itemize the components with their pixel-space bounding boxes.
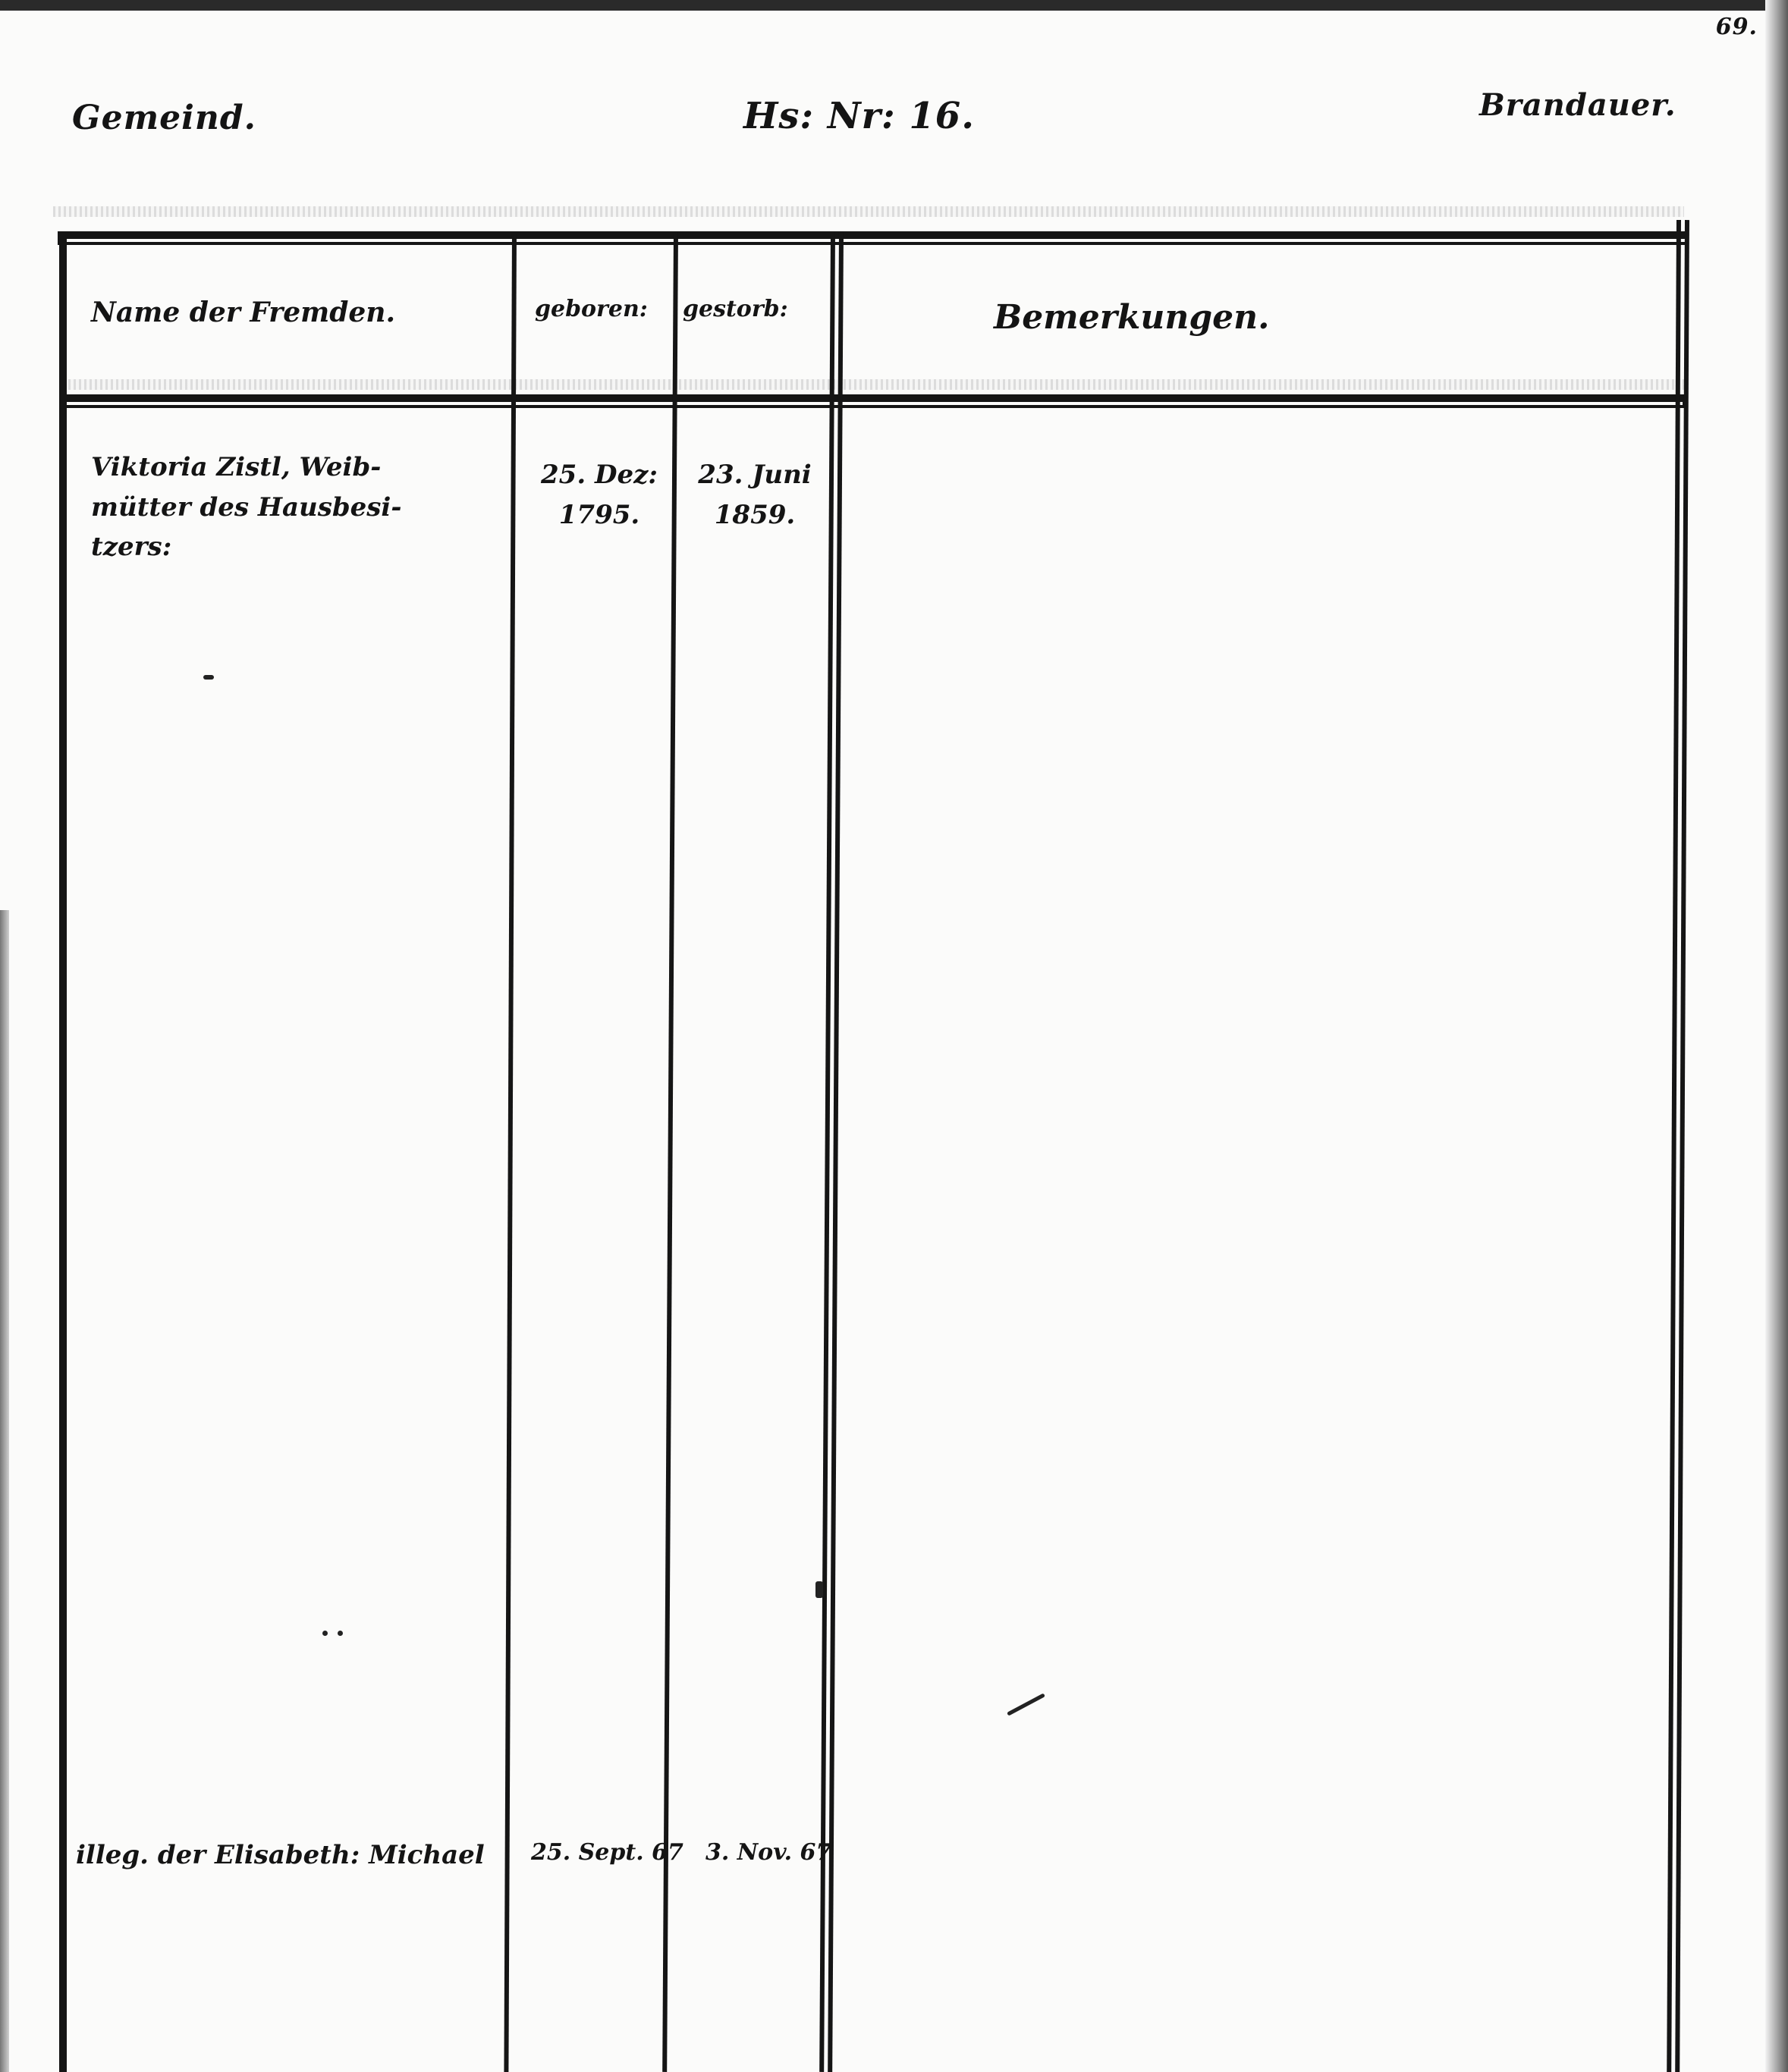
- born-day-month: 25. Dez:: [531, 455, 668, 495]
- row-name-line: Viktoria Zistl, Weib-: [91, 447, 401, 488]
- page-number: 69.: [1716, 14, 1758, 40]
- table-row: illeg. der Elisabeth: Michael: [76, 1835, 485, 1876]
- header-house-number: Hs: Nr: 16.: [743, 95, 975, 137]
- row-name-line: illeg. der Elisabeth: Michael: [76, 1835, 485, 1876]
- born-date: 25. Sept. 67: [531, 1835, 683, 1871]
- ink-mark: [203, 675, 214, 680]
- row-died-date: 3. Nov. 67: [705, 1835, 831, 1871]
- scan-edge-top: [0, 0, 1788, 11]
- ink-blot: [815, 1581, 823, 1598]
- column-header-remarks: Bemerkungen.: [994, 292, 1269, 344]
- died-day-month: 23. Juni: [687, 455, 823, 495]
- row-name-line: mütter des Hausbesi-: [91, 488, 401, 528]
- scan-edge-right: [1765, 0, 1788, 2072]
- row-born-date: 25. Dez: 1795.: [531, 455, 668, 535]
- row-died-date: 23. Juni 1859.: [687, 455, 823, 535]
- ink-stroke: [1007, 1693, 1045, 1716]
- column-header-born: geboren:: [535, 292, 648, 328]
- ink-dot: [338, 1631, 343, 1636]
- header-shade-top: [53, 206, 1684, 217]
- header-municipality: Gemeind.: [72, 99, 256, 137]
- died-year: 1859.: [687, 495, 823, 535]
- header-shade-bottom: [68, 379, 1684, 390]
- table-left-border: [59, 231, 67, 2072]
- born-year: 1795.: [531, 495, 668, 535]
- table-row: Viktoria Zistl, Weib- mütter des Hausbes…: [91, 447, 401, 567]
- column-header-died: gestorb:: [683, 292, 788, 328]
- row-born-date: 25. Sept. 67: [531, 1835, 683, 1871]
- row-name-line: tzers:: [91, 527, 401, 567]
- column-divider-name: [504, 231, 517, 2072]
- header-bottom-rule: [61, 394, 1684, 402]
- ink-dot: [322, 1631, 328, 1636]
- scan-edge-left: [0, 910, 9, 2072]
- column-header-name: Name der Fremden.: [91, 292, 395, 334]
- header-house-name: Brandauer.: [1479, 87, 1676, 123]
- died-date: 3. Nov. 67: [705, 1835, 831, 1871]
- table-right-border: [1667, 220, 1681, 2072]
- table-top-rule: [58, 231, 1689, 239]
